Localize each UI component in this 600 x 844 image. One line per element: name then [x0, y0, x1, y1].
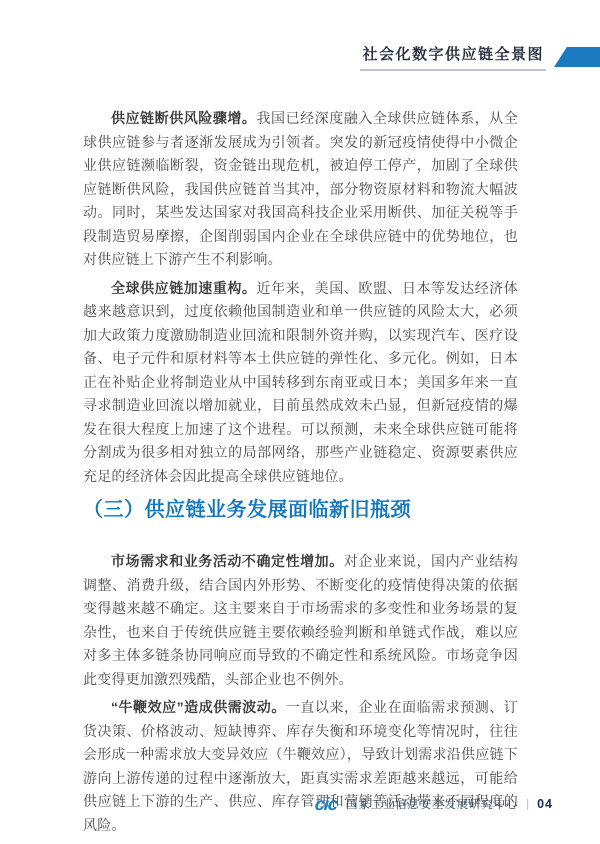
paragraph-lead: 市场需求和业务活动不确定性增加。	[111, 553, 344, 569]
page-header: 社会化数字供应链全景图	[360, 47, 600, 71]
page-number: 04	[537, 797, 553, 811]
header-title: 社会化数字供应链全景图	[360, 47, 546, 71]
page-content: 供应链断供风险骤增。我国已经深度融入全球供应链体系，从全球供应链参与者逐渐发展成…	[83, 107, 518, 842]
paragraph-lead: “牛鞭效应”造成供需波动。	[111, 699, 286, 715]
paragraph-text: 我国已经深度融入全球供应链体系，从全球供应链参与者逐渐发展成为引领者。突发的新冠…	[83, 110, 518, 267]
cic-logo: cic	[314, 796, 338, 812]
body-paragraph: 市场需求和业务活动不确定性增加。对企业来说，国内产业结构调整、消费升级，结合国内…	[83, 550, 518, 691]
document-page: 社会化数字供应链全景图 供应链断供风险骤增。我国已经深度融入全球供应链体系，从全…	[0, 0, 600, 844]
footer-separator: |	[526, 798, 529, 810]
body-paragraph: 供应链断供风险骤增。我国已经深度融入全球供应链体系，从全球供应链参与者逐渐发展成…	[83, 107, 518, 272]
page-footer: cic 国家工业信息安全发展研究中心 | 04	[315, 796, 553, 812]
paragraph-text: 对企业来说，国内产业结构调整、消费升级，结合国内外形势、不断变化的疫情使得决策的…	[83, 553, 518, 687]
body-paragraph: “牛鞭效应”造成供需波动。一直以来，企业在面临需求预测、订货决策、价格波动、短缺…	[83, 696, 518, 837]
body-paragraph: 全球供应链加速重构。近年来，美国、欧盟、日本等发达经济体越来越意识到，过度依赖他…	[83, 277, 518, 489]
paragraph-lead: 全球供应链加速重构。	[111, 280, 256, 296]
section-heading: （三）供应链业务发展面临新旧瓶颈	[83, 496, 518, 525]
header-accent-shape	[554, 47, 600, 67]
footer-org-name: 国家工业信息安全发展研究中心	[346, 796, 518, 812]
paragraph-text: 一直以来，企业在面临需求预测、订货决策、价格波动、短缺博弈、库存失衡和环境变化等…	[83, 699, 518, 833]
paragraph-text: 近年来，美国、欧盟、日本等发达经济体越来越意识到，过度依赖他国制造业和单一供应链…	[83, 280, 518, 484]
paragraph-lead: 供应链断供风险骤增。	[111, 110, 256, 126]
